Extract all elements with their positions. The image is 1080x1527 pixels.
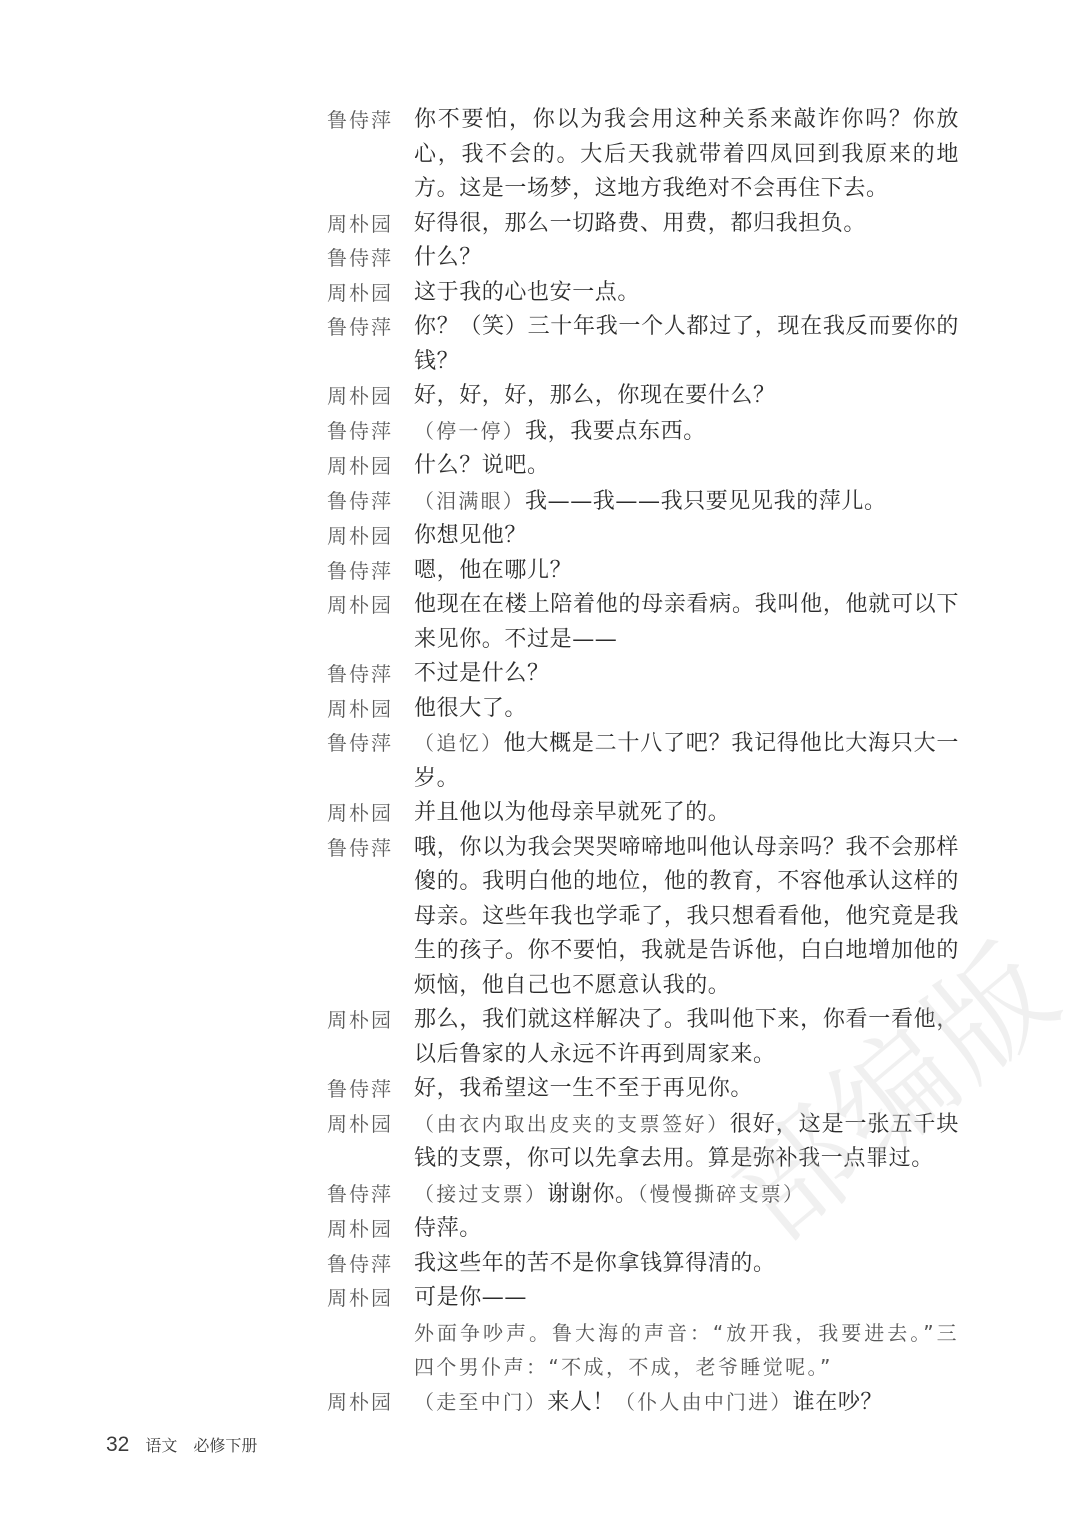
dialogue-text: 并且他以为他母亲早就死了的。 [414,796,959,831]
dialogue-line: 周朴园 可是你—— [327,1281,967,1316]
speaker-name: 鲁侍萍 [327,554,414,589]
speaker-name: 鲁侍萍 [327,310,414,345]
stage-direction: （泪满眼） [414,489,525,513]
dialogue-text: 好，好，好，那么，你现在要什么？ [414,379,959,414]
speaker-name: 鲁侍萍 [327,726,414,761]
speaker-name: 鲁侍萍 [327,1072,414,1107]
dialogue-line: 鲁侍萍 你不要怕，你以为我会用这种关系来敲诈你吗？你放心，我不会的。大后天我就带… [327,103,967,207]
stage-direction: （接过支票） [414,1182,547,1206]
dialogue-line: 鲁侍萍 好，我希望这一生不至于再见你。 [327,1072,967,1107]
dialogue-line: 鲁侍萍 我这些年的苦不是你拿钱算得清的。 [327,1247,967,1282]
speaker-name: 周朴园 [327,796,414,831]
dialogue-line: 周朴园 你想见他？ [327,519,967,554]
dialogue-line: 鲁侍萍 （接过支票）谢谢你。（慢慢撕碎支票） [327,1177,967,1213]
dialogue-text: （追忆）他大概是二十八了吧？我记得他比大海只大一岁。 [414,726,959,796]
dialogue-line: 周朴园 侍萍。 [327,1212,967,1247]
stage-direction: （仆人由中门进） [615,1390,793,1414]
book-volume: 必修下册 [193,1433,257,1456]
dialogue-text: （停一停）我，我要点东西。 [414,414,959,450]
dialogue-line: 鲁侍萍 嗯，他在哪儿？ [327,554,967,589]
stage-direction: （慢慢撕碎支票） [638,1182,806,1206]
speaker-name: 周朴园 [327,1212,414,1247]
page-footer: 32 语文 必修下册 [106,1433,257,1457]
dialogue-line: 鲁侍萍 不过是什么？ [327,657,967,692]
dialogue-text: 你想见他？ [414,519,959,554]
speaker-name: 周朴园 [327,379,414,414]
dialogue-text: 什么？说吧。 [414,449,959,484]
dialogue-text: 好得很，那么一切路费、用费，都归我担负。 [414,207,959,242]
speaker-name: 鲁侍萍 [327,831,414,866]
dialogue-line: 鲁侍萍 哦，你以为我会哭哭啼啼地叫他认母亲吗？我不会那样傻的。我明白他的地位，他… [327,831,967,1004]
speaker-name: 周朴园 [327,1281,414,1316]
dialogue-line: 周朴园 什么？说吧。 [327,449,967,484]
dialogue-line: 周朴园 他很大了。 [327,692,967,727]
dialogue-line: 周朴园 这于我的心也安一点。 [327,276,967,311]
dialogue-text: 他很大了。 [414,692,959,727]
stage-direction: （由衣内取出皮夹的支票签好） [414,1112,730,1136]
dialogue-line: 鲁侍萍 （停一停）我，我要点东西。 [327,414,967,450]
speaker-name: 周朴园 [327,1107,414,1142]
dialogue-text: （走至中门）来人！（仆人由中门进）谁在吵？ [414,1385,959,1421]
stage-direction: （追忆） [414,731,504,755]
dialogue-text: 你？（笑）三十年我一个人都过了，现在我反而要你的钱？ [414,310,959,379]
dialogue-text: 我这些年的苦不是你拿钱算得清的。 [414,1247,959,1282]
speaker-name: 周朴园 [327,449,414,484]
speaker-name: 周朴园 [327,588,414,623]
dialogue-line: 周朴园 那么，我们就这样解决了。我叫他下来，你看一看他，以后鲁家的人永远不许再到… [327,1003,967,1072]
dialogue-text: 你不要怕，你以为我会用这种关系来敲诈你吗？你放心，我不会的。大后天我就带着四凤回… [414,103,959,207]
dialogue-line: 鲁侍萍 什么？ [327,241,967,276]
dialogue-text: 这于我的心也安一点。 [414,276,959,311]
speaker-name: 鲁侍萍 [327,484,414,519]
speaker-name: 周朴园 [327,276,414,311]
textbook-page: 鲁侍萍 你不要怕，你以为我会用这种关系来敲诈你吗？你放心，我不会的。大后天我就带… [0,0,1080,1527]
page-number: 32 [106,1433,129,1457]
speaker-name: 鲁侍萍 [327,1247,414,1282]
speaker-name: 周朴园 [327,207,414,242]
dialogue-text: 哦，你以为我会哭哭啼啼地叫他认母亲吗？我不会那样傻的。我明白他的地位，他的教育，… [414,831,959,1004]
dialogue-text: 嗯，他在哪儿？ [414,554,959,589]
dialogue-text: 好，我希望这一生不至于再见你。 [414,1072,959,1107]
speaker-name: 周朴园 [327,692,414,727]
dialogue-line: 鲁侍萍 （追忆）他大概是二十八了吧？我记得他比大海只大一岁。 [327,726,967,796]
stage-direction-block: 外面争吵声。鲁大海的声音：“放开我，我要进去。”三四个男仆声：“不成，不成，老爷… [414,1316,959,1385]
stage-direction: （停一停） [414,419,525,443]
speaker-name: 鲁侍萍 [327,241,414,276]
script-body: 鲁侍萍 你不要怕，你以为我会用这种关系来敲诈你吗？你放心，我不会的。大后天我就带… [327,103,967,1420]
dialogue-line: 周朴园 好得很，那么一切路费、用费，都归我担负。 [327,207,967,242]
speaker-name: 周朴园 [327,519,414,554]
dialogue-line: 周朴园 并且他以为他母亲早就死了的。 [327,796,967,831]
dialogue-line: 周朴园 好，好，好，那么，你现在要什么？ [327,379,967,414]
dialogue-text: 不过是什么？ [414,657,959,692]
dialogue-text: 他现在在楼上陪着他的母亲看病。我叫他，他就可以下来见你。不过是—— [414,588,959,657]
dialogue-text: 可是你—— [414,1281,959,1316]
dialogue-text: （由衣内取出皮夹的支票签好）很好，这是一张五千块钱的支票，你可以先拿去用。算是弥… [414,1107,959,1177]
book-subject: 语文 [145,1433,177,1456]
dialogue-text: （泪满眼）我——我——我只要见见我的萍儿。 [414,484,959,520]
dialogue-text: 侍萍。 [414,1212,959,1247]
dialogue-line: 周朴园 （走至中门）来人！（仆人由中门进）谁在吵？ [327,1385,967,1421]
speaker-name: 鲁侍萍 [327,657,414,692]
dialogue-text: 什么？ [414,241,959,276]
stage-direction: （走至中门） [414,1390,547,1414]
speaker-name: 周朴园 [327,1003,414,1038]
speaker-name: 鲁侍萍 [327,103,414,138]
dialogue-text: （接过支票）谢谢你。（慢慢撕碎支票） [414,1177,959,1213]
dialogue-line: 周朴园 （由衣内取出皮夹的支票签好）很好，这是一张五千块钱的支票，你可以先拿去用… [327,1107,967,1177]
speaker-name: 周朴园 [327,1385,414,1420]
dialogue-text: 那么，我们就这样解决了。我叫他下来，你看一看他，以后鲁家的人永远不许再到周家来。 [414,1003,959,1072]
speaker-name: 鲁侍萍 [327,1177,414,1212]
dialogue-line: 鲁侍萍 你？（笑）三十年我一个人都过了，现在我反而要你的钱？ [327,310,967,379]
speaker-name: 鲁侍萍 [327,414,414,449]
dialogue-line: 鲁侍萍 （泪满眼）我——我——我只要见见我的萍儿。 [327,484,967,520]
dialogue-line: 周朴园 他现在在楼上陪着他的母亲看病。我叫他，他就可以下来见你。不过是—— [327,588,967,657]
